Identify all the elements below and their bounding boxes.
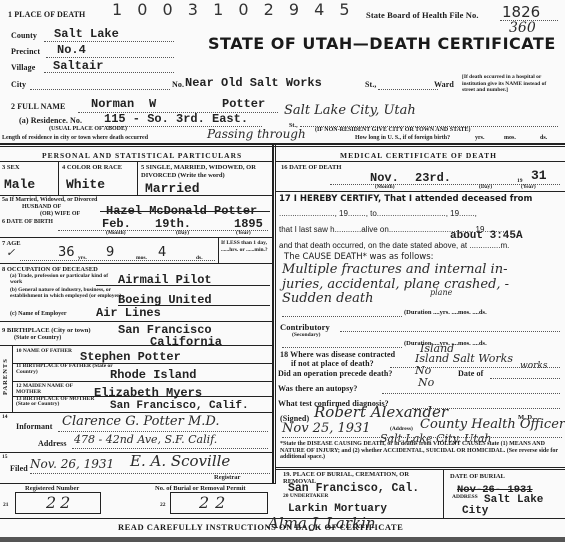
length-of-residence-value: Passing through — [207, 127, 306, 141]
cause-label: The CAUSE DEATH* was as follows: — [284, 252, 434, 262]
employer-value: Air Lines — [96, 306, 161, 320]
abode-label: (USUAL PLACE OF ABODE) — [49, 126, 127, 132]
village-label: Village — [11, 63, 35, 72]
sex-label: 3 SEX — [2, 164, 20, 171]
contracted-label-2: if not at place of death? — [291, 359, 374, 368]
residence-value: 115 - So. 3rd. East. — [104, 112, 248, 126]
permit-number: 22 — [199, 493, 231, 512]
death-day: 23rd. — [415, 171, 451, 185]
undertaker-address-1: Salt Lake — [484, 494, 543, 506]
hospital-note: [If death occurred in a hospital or inst… — [462, 74, 560, 94]
industry-label: (b) General nature of industry, business… — [10, 287, 122, 299]
registrar-signature: E. A. Scoville — [130, 452, 230, 470]
county-value: Salt Lake — [54, 27, 119, 41]
file-no: 1826 — [502, 3, 540, 21]
registered-number: 22 — [46, 493, 74, 512]
first-name: Norman — [91, 97, 134, 111]
mother-birthplace-label: 13 BIRTHPLACE OF MOTHER (State or Countr… — [16, 397, 96, 407]
nonresident-note: (IF NON-RESIDENT GIVE CITY OR TOWN AND S… — [315, 127, 471, 133]
dob-month-label: (Month) — [106, 230, 126, 236]
middle-initial: W — [149, 97, 156, 111]
residence-label: (a) Residence. No. — [19, 116, 82, 125]
full-name-label: 2 FULL NAME — [11, 102, 65, 111]
death-month-label: (Month) — [375, 184, 395, 190]
informant-number: 14 — [2, 414, 8, 420]
precinct-label: Precinct — [11, 47, 40, 56]
footer-instructions: READ CAREFULLY INSTRUCTIONS ON BACK OF C… — [118, 522, 403, 532]
ds-label: ds. — [540, 135, 547, 141]
foreign-birth-label: How long in U. S., if of foreign birth? — [355, 135, 450, 141]
occupation-label: 8 OCCUPATION OF DECEASED — [2, 266, 98, 273]
parents-label: PARENTS — [2, 358, 9, 395]
registrar-label: Registrar — [214, 474, 240, 481]
birthplace-state-label: (State or Country) — [14, 335, 61, 341]
undertaker-label: 20 UNDERTAKER — [283, 493, 328, 499]
death-certificate: 1 0 0 3 1 0 2 9 4 5 State Board of Healt… — [0, 0, 565, 542]
dob-day: 19th. — [155, 217, 191, 231]
death-occurred-line: and that death occurred, on the date sta… — [279, 241, 509, 250]
time-of-death: about 3:45A — [450, 230, 523, 242]
age-years: 36 — [58, 245, 75, 260]
village-value: Saltair — [53, 59, 103, 73]
mos-label: mos. — [504, 135, 516, 141]
trade-label: (a) Trade, profession or particular kind… — [10, 273, 110, 285]
secondary-label: (Secondary) — [292, 332, 320, 338]
cause-line-3: Sudden death — [282, 291, 373, 306]
cause-note: plane — [430, 288, 452, 297]
marital-status-value: Married — [145, 181, 200, 196]
undertaker-address-label: ADDRESS — [452, 494, 478, 500]
mother-birthplace: San Francisco, Calif. — [110, 400, 249, 412]
age-days: 4 — [158, 245, 166, 260]
page-title: STATE OF UTAH—DEATH CERTIFICATE — [208, 34, 556, 53]
contributory-label: Contributory — [280, 322, 330, 332]
attended-dates-line: ........................., 19........, t… — [279, 209, 477, 218]
filed-number: 15 — [2, 454, 8, 460]
death-year: 31 — [531, 168, 547, 183]
residence-city: Salt Lake City, Utah — [284, 103, 416, 118]
date-of-label: Date of — [458, 369, 483, 378]
contracted-label: 18 Where was disease contracted — [280, 350, 395, 359]
street-value: Near Old Salt Works — [185, 76, 322, 90]
date-of-death-label: 16 DATE OF DEATH — [281, 164, 341, 171]
dob-year: 1895 — [234, 217, 263, 231]
county-label: County — [11, 31, 37, 40]
filed-date: Nov. 26, 1931 — [30, 457, 114, 471]
marital-status-label: 5 SINGLE, MARRIED, WIDOWED, OR DIVORCED … — [141, 164, 271, 179]
less-than-day-label: If LESS than 1 day, ......hrs. or ......… — [221, 240, 271, 254]
employer-label: (c) Name of Employer — [10, 311, 66, 317]
cause-line-2: juries, accidental, plane crashed, - — [282, 277, 509, 292]
duration-label-1: (Duration ....yrs. ....mos. ....ds. — [404, 309, 487, 316]
sex-value: Male — [4, 177, 35, 192]
death-month: Nov. — [370, 171, 399, 185]
informant-address: 478 - 42nd Ave, S.F. Calif. — [74, 433, 217, 446]
precinct-value: No.4 — [57, 43, 86, 57]
cause-line-1: Multiple fractures and internal in- — [282, 262, 507, 277]
date-of-birth-label: 6 DATE OF BIRTH — [2, 219, 53, 225]
last-name: Potter — [222, 97, 265, 111]
certificate-number: 1 0 0 3 1 0 2 9 4 5 — [112, 0, 355, 19]
autopsy-value: No — [418, 376, 434, 389]
dob-year-label: (Year) — [236, 230, 251, 236]
permit-label: No. of Burial or Removal Permit — [155, 485, 246, 492]
informant-address-label: Address — [38, 439, 67, 448]
signer-title: County Health Officer — [420, 417, 565, 432]
death-year-label: (Year) — [521, 184, 536, 190]
medical-section-title: MEDICAL CERTIFICATE OF DEATH — [340, 151, 497, 160]
certify-statement: 17 I HEREBY CERTIFY, That I attended dec… — [279, 194, 532, 204]
registered-number-label: Registered Number — [25, 485, 79, 492]
dob-day-label: (Day) — [176, 230, 189, 236]
spouse-label-1: 5a If Married, Widowed, or Divorced — [2, 197, 97, 203]
informant-label: Informant — [16, 422, 52, 431]
birthplace-label: 9 BIRTHPLACE (City or town) — [2, 327, 91, 334]
undertaker-address-2: City — [462, 505, 488, 517]
registered-number-idx: 21 — [3, 502, 9, 508]
ward-label: Ward — [434, 80, 454, 89]
filed-label: Filed — [10, 464, 28, 473]
age-months: 9 — [106, 245, 114, 260]
age-check: ✓ — [6, 246, 15, 259]
dob-month: Feb. — [102, 217, 131, 231]
mother-label: 12 MAIDEN NAME OF MOTHER — [16, 383, 96, 395]
place-of-death-label: 1 PLACE OF DEATH — [8, 10, 85, 19]
autopsy-label: Was there an autopsy? — [278, 384, 358, 393]
death-day-label: (Day) — [479, 184, 492, 190]
spouse-label-3: (OR) WIFE OF — [40, 211, 80, 217]
father-name: Stephen Potter — [80, 350, 181, 364]
spouse-label-2: HUSBAND OF — [22, 204, 61, 210]
father-birthplace: Rhode Island — [110, 368, 196, 382]
permit-number-box: 22 — [170, 492, 268, 514]
no-label: No. — [172, 80, 184, 89]
st-label: St., — [365, 80, 377, 89]
file-no-label: State Board of Health File No. — [366, 10, 479, 20]
permit-idx: 22 — [160, 502, 166, 508]
yrs-label: yrs. — [475, 135, 485, 141]
birthplace-state: California — [150, 335, 222, 349]
informant-name: Clarence G. Potter M.D. — [62, 414, 220, 429]
race-label: 4 COLOR OR RACE — [62, 164, 122, 171]
registered-number-box: 22 — [15, 492, 101, 514]
signed-date: Nov 25, 1931 — [282, 421, 371, 436]
date-of-value: works — [520, 361, 548, 371]
length-of-residence-label: Length of residence in city or town wher… — [2, 135, 148, 141]
burial-date-label: DATE OF BURIAL — [450, 473, 505, 480]
operation-label: Did an operation precede death? — [278, 369, 393, 378]
race-value: White — [66, 177, 105, 192]
father-label: 10 NAME OF FATHER — [16, 348, 76, 354]
personal-section-title: PERSONAL AND STATISTICAL PARTICULARS — [42, 151, 242, 160]
footnote: *State the DISEASE CAUSING DEATH, or in … — [280, 441, 562, 461]
city-label: City — [11, 80, 26, 89]
mother-name: Elizabeth Myers — [94, 386, 202, 400]
